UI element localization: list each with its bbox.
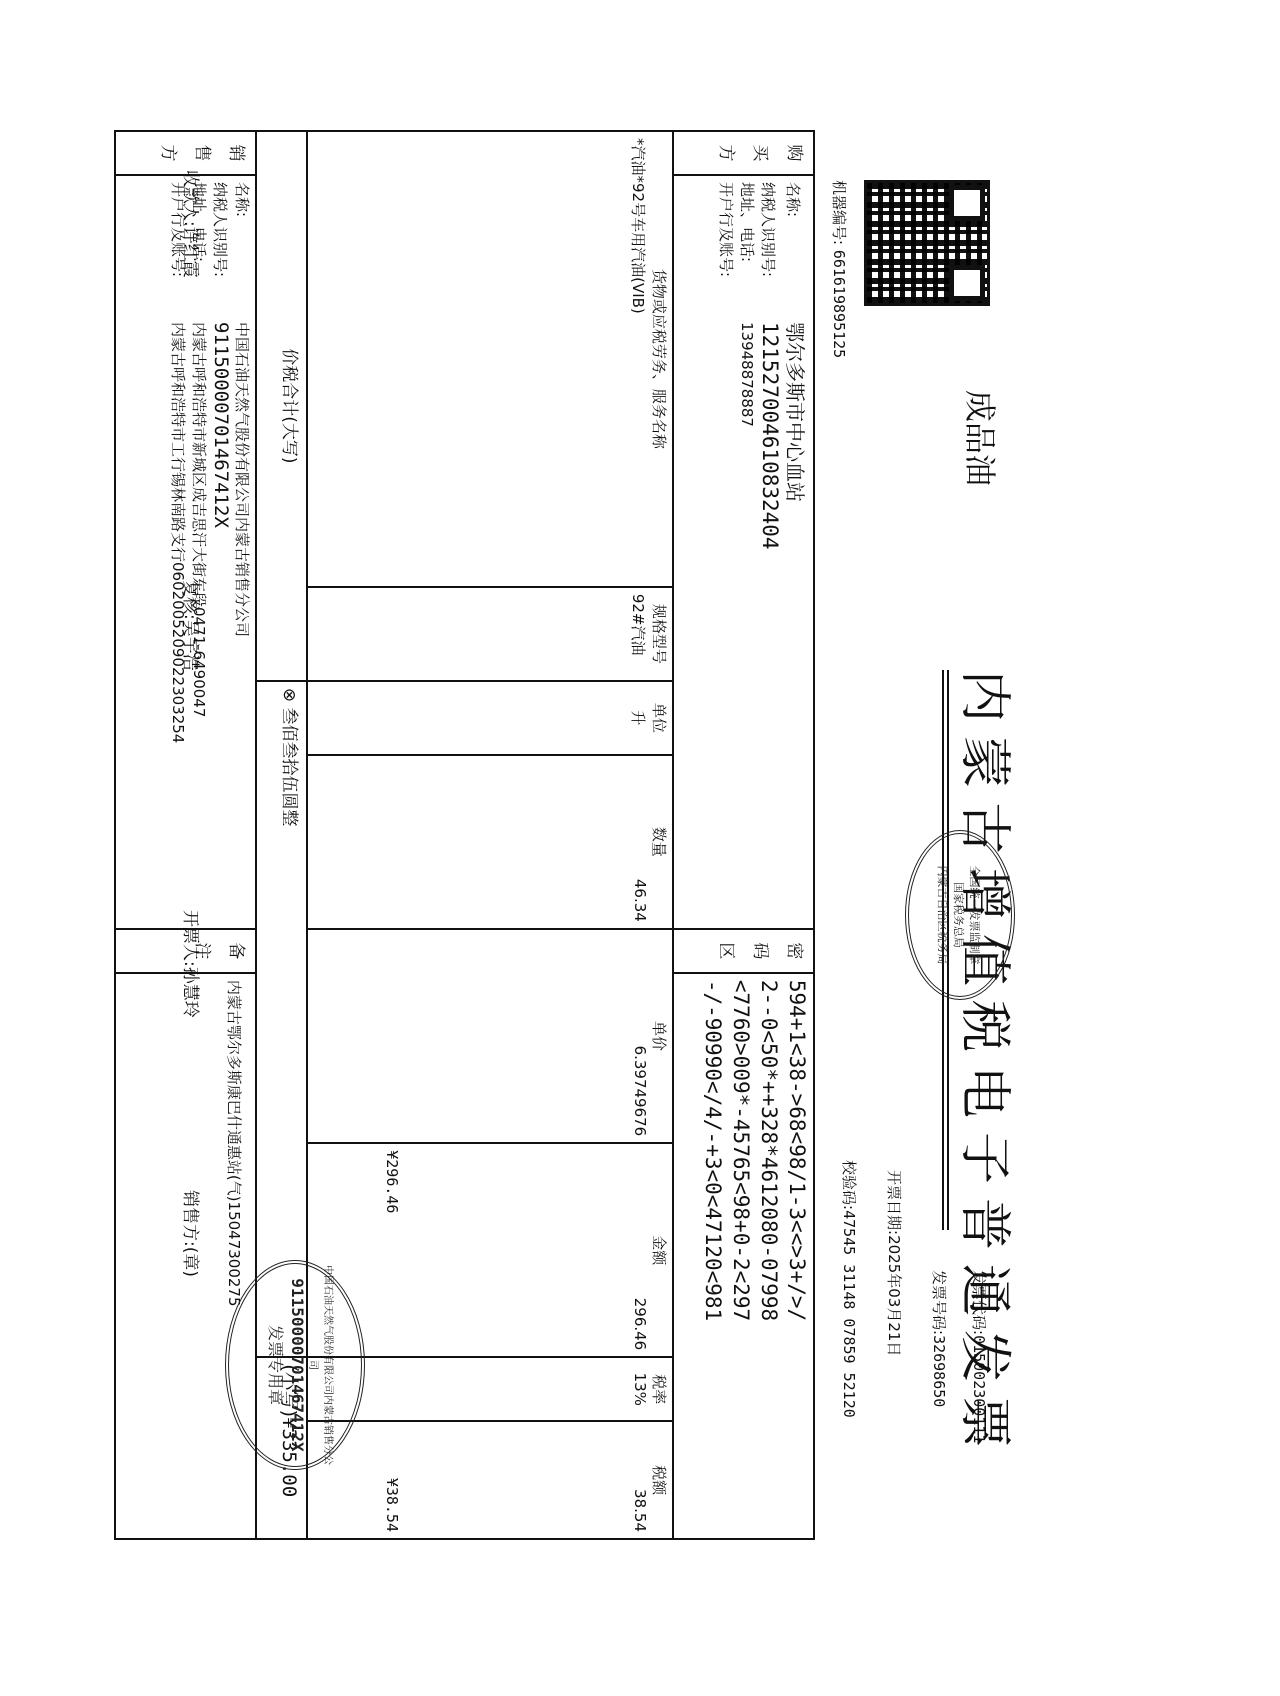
item-amount: 296.46 — [631, 1150, 649, 1350]
reviewer: 复核:吴宇浩 — [180, 580, 205, 671]
total-tax: ¥38.54 — [383, 1428, 401, 1532]
item-unit: 升 — [628, 688, 649, 748]
item-qty-col: 数量 46.34 — [307, 755, 673, 929]
seller-invoice-seal: 中国石油天然气股份有限公司内蒙古销售分公司 91150000701467412X… — [225, 1260, 365, 1470]
payee-value: 许红霞 — [180, 227, 200, 278]
invoice-code-label: 发票代码: — [970, 1270, 988, 1335]
item-name: *汽油*92号车用汽油(VIB) — [628, 138, 649, 580]
issuer-value: 孙慧玲 — [180, 967, 200, 1018]
cipher-line: 2--0<50*++328*4612080-07998 — [755, 980, 783, 1532]
item-spec: 92#汽油 — [628, 594, 649, 674]
machine-number-label: 机器编号: — [830, 180, 848, 245]
seller-seal-label: 销售方:(章) — [180, 1190, 205, 1277]
col-header-qty: 数量 — [649, 762, 670, 922]
seller-tax-id: 91150000701467412X — [210, 322, 232, 528]
cipher-area: 594+1<38->68<98/1-3<<>3+/>/ 2--0<50*++32… — [673, 973, 814, 1539]
item-qty: 46.34 — [631, 762, 649, 922]
check-code-value: 47545 31148 07859 52120 — [840, 1210, 858, 1418]
item-spec-col: 规格型号 92#汽油 — [307, 587, 673, 681]
issue-date: 开票日期:2025年03月21日 — [884, 1170, 905, 1356]
item-unit-col: 单位 升 — [307, 681, 673, 755]
buyer-tax-id-label: 纳税人识别号: — [758, 182, 779, 322]
invoice-number-value: 32698650 — [930, 1335, 948, 1407]
issue-date-value: 2025年03月21日 — [885, 1235, 903, 1356]
check-code-label: 校验码: — [840, 1160, 858, 1210]
invoice-code: 发票代码:015002300111 — [969, 1270, 990, 1443]
cipher-line: -/-90990</4/-+3<0<47120<981 — [699, 980, 727, 1532]
buyer-address-label: 地址、电话: — [737, 182, 758, 322]
col-header-name: 货物或应税劳务、服务名称 — [649, 138, 670, 580]
total-amount: ¥296.46 — [383, 1150, 401, 1350]
document-type: 成品油 — [959, 390, 1005, 486]
invoice-number-label: 发票号码: — [930, 1270, 948, 1335]
buyer-name-label: 名称: — [783, 182, 804, 322]
reviewer-label: 复核: — [180, 580, 200, 620]
grand-total-label: 价税合计(大写) — [256, 131, 307, 681]
payee: 收款人:许红霞 — [180, 170, 205, 278]
buyer-side-label: 购买方 — [673, 131, 814, 175]
col-header-spec: 规格型号 — [649, 594, 670, 674]
items-row: 货物或应税劳务、服务名称 *汽油*92号车用汽油(VIB) 规格型号 92#汽油… — [307, 131, 673, 1539]
issuer-label: 开票人: — [180, 910, 200, 967]
item-tax-col: 税额 38.54 ¥38.54 — [307, 1421, 673, 1539]
buyer-bank-label: 开户行及账号: — [716, 182, 737, 322]
grand-total-uppercase: ⊗ 叁佰叁拾伍圆整 — [256, 681, 307, 1357]
item-amount-col: 金额 296.46 ¥296.46 — [307, 1143, 673, 1357]
check-code: 校验码:47545 31148 07859 52120 — [839, 1160, 860, 1418]
seal-text: 中国石油天然气股份有限公司内蒙古销售分公司 — [307, 1264, 337, 1466]
seal-text: 全国统一发票监制章 — [967, 834, 983, 996]
invoice-number: 发票号码:32698650 — [929, 1270, 950, 1407]
item-name-col: 货物或应税劳务、服务名称 *汽油*92号车用汽油(VIB) — [307, 131, 673, 587]
reviewer-value: 吴宇浩 — [180, 620, 200, 671]
seller-name-label: 名称: — [232, 182, 253, 322]
seller-tax-id-label: 纳税人识别号: — [210, 182, 231, 322]
issuer: 开票人:孙慧玲 — [180, 910, 205, 1018]
issue-date-label: 开票日期: — [885, 1170, 903, 1235]
buyer-tax-id: 121527004610832404 — [758, 322, 782, 550]
cipher-line: <7760>009*-45765<98+0-2<297 — [727, 980, 755, 1532]
seller-info: 名称:中国石油天然气股份有限公司内蒙古销售分公司 纳税人识别号:91150000… — [115, 175, 256, 929]
seller-bank: 内蒙古呼和浩特市工行锡林南路支行0602005209022303254 — [169, 322, 187, 743]
item-tax-rate: 13% — [631, 1364, 649, 1414]
cipher-side-label: 密码区 — [673, 929, 814, 973]
item-price-col: 单价 6.39749676 — [307, 929, 673, 1143]
invoice-table: 购买方 名称:鄂尔多斯市中心血站 纳税人识别号:1215270046108324… — [114, 130, 815, 1540]
remarks-text: 内蒙古鄂尔多斯康巴什通惠站(气)15047300275 — [224, 980, 245, 1532]
col-header-amount: 金额 — [649, 1150, 670, 1350]
buyer-address: 13948878887 — [738, 322, 756, 427]
buyer-name: 鄂尔多斯市中心血站 — [783, 322, 807, 502]
col-header-tax-rate: 税率 — [649, 1364, 670, 1414]
seller-side-label: 销售方 — [115, 131, 256, 175]
buyer-row: 购买方 名称:鄂尔多斯市中心血站 纳税人识别号:1215270046108324… — [673, 131, 814, 1539]
invoice: 机器编号: 661619895125 成品油 内蒙古增值税电子普通发票 全国统一… — [145, 110, 1045, 1610]
grand-total-uppercase-value: 叁佰叁拾伍圆整 — [279, 707, 299, 826]
machine-number-value: 661619895125 — [830, 250, 848, 358]
invoice-code-value: 015002300111 — [970, 1335, 988, 1443]
seal-text: 91150000701467412X — [288, 1264, 307, 1466]
cancel-circle-icon: ⊗ — [279, 688, 299, 702]
seller-name: 中国石油天然气股份有限公司内蒙古销售分公司 — [233, 322, 251, 637]
col-header-unit: 单位 — [649, 688, 670, 748]
seal-text: 国家税务总局 — [951, 834, 967, 996]
cipher-line: 594+1<38->68<98/1-3<<>3+/>/ — [783, 980, 811, 1532]
qr-code-icon — [864, 180, 990, 306]
buyer-info: 名称:鄂尔多斯市中心血站 纳税人识别号:121527004610832404 地… — [673, 175, 814, 929]
item-tax: 38.54 — [631, 1428, 649, 1532]
machine-number: 机器编号: 661619895125 — [829, 180, 850, 358]
payee-label: 收款人: — [180, 170, 200, 227]
tax-bureau-seal: 全国统一发票监制章 国家税务总局 内蒙古自治区税务局 — [905, 830, 1015, 1000]
seal-text: 发票专用章 — [265, 1264, 288, 1466]
col-header-tax: 税额 — [649, 1428, 670, 1532]
item-price: 6.39749676 — [631, 936, 649, 1136]
seal-text: 内蒙古自治区税务局 — [935, 834, 951, 996]
col-header-price: 单价 — [649, 936, 670, 1136]
